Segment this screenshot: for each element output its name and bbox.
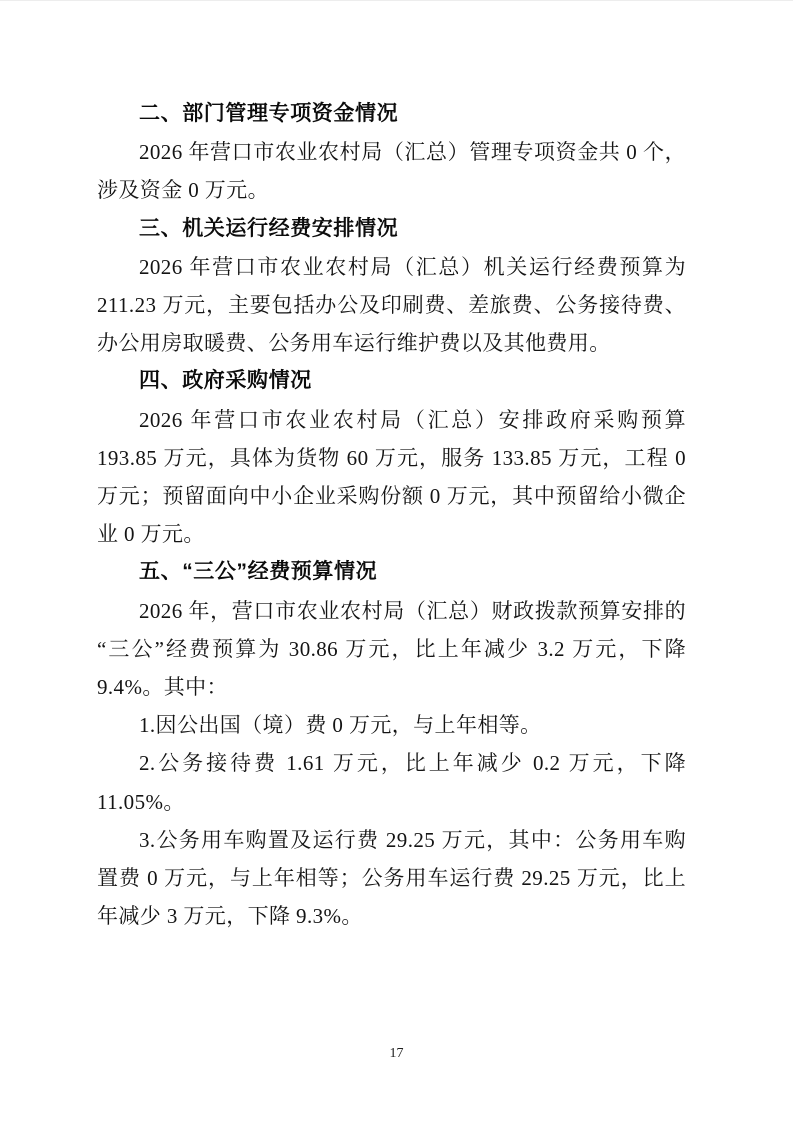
section-heading: 五、“三公”经费预算情况	[97, 553, 686, 591]
section-heading: 二、部门管理专项资金情况	[97, 95, 686, 133]
body-paragraph: 3.公务用车购置及运行费 29.25 万元，其中：公务用车购置费 0 万元，与上…	[97, 821, 686, 936]
document-body: 二、部门管理专项资金情况2026 年营口市农业农村局（汇总）管理专项资金共 0 …	[97, 95, 686, 935]
body-paragraph: 2026 年，营口市农业农村局（汇总）财政拨款预算安排的 “三公”经费预算为 3…	[97, 592, 686, 707]
document-page: 二、部门管理专项资金情况2026 年营口市农业农村局（汇总）管理专项资金共 0 …	[0, 0, 793, 1122]
section-heading: 四、政府采购情况	[97, 362, 686, 400]
body-paragraph: 2.公务接待费 1.61 万元，比上年减少 0.2 万元，下降 11.05%。	[97, 744, 686, 820]
body-paragraph: 2026 年营口市农业农村局（汇总）管理专项资金共 0 个，涉及资金 0 万元。	[97, 133, 686, 209]
page-top-edge	[0, 0, 793, 1]
page-number: 17	[0, 1046, 793, 1062]
body-paragraph: 2026 年营口市农业农村局（汇总）安排政府采购预算 193.85 万元，具体为…	[97, 401, 686, 554]
body-paragraph: 1.因公出国（境）费 0 万元，与上年相等。	[97, 706, 686, 744]
section-heading: 三、机关运行经费安排情况	[97, 210, 686, 248]
body-paragraph: 2026 年营口市农业农村局（汇总）机关运行经费预算为 211.23 万元，主要…	[97, 248, 686, 363]
